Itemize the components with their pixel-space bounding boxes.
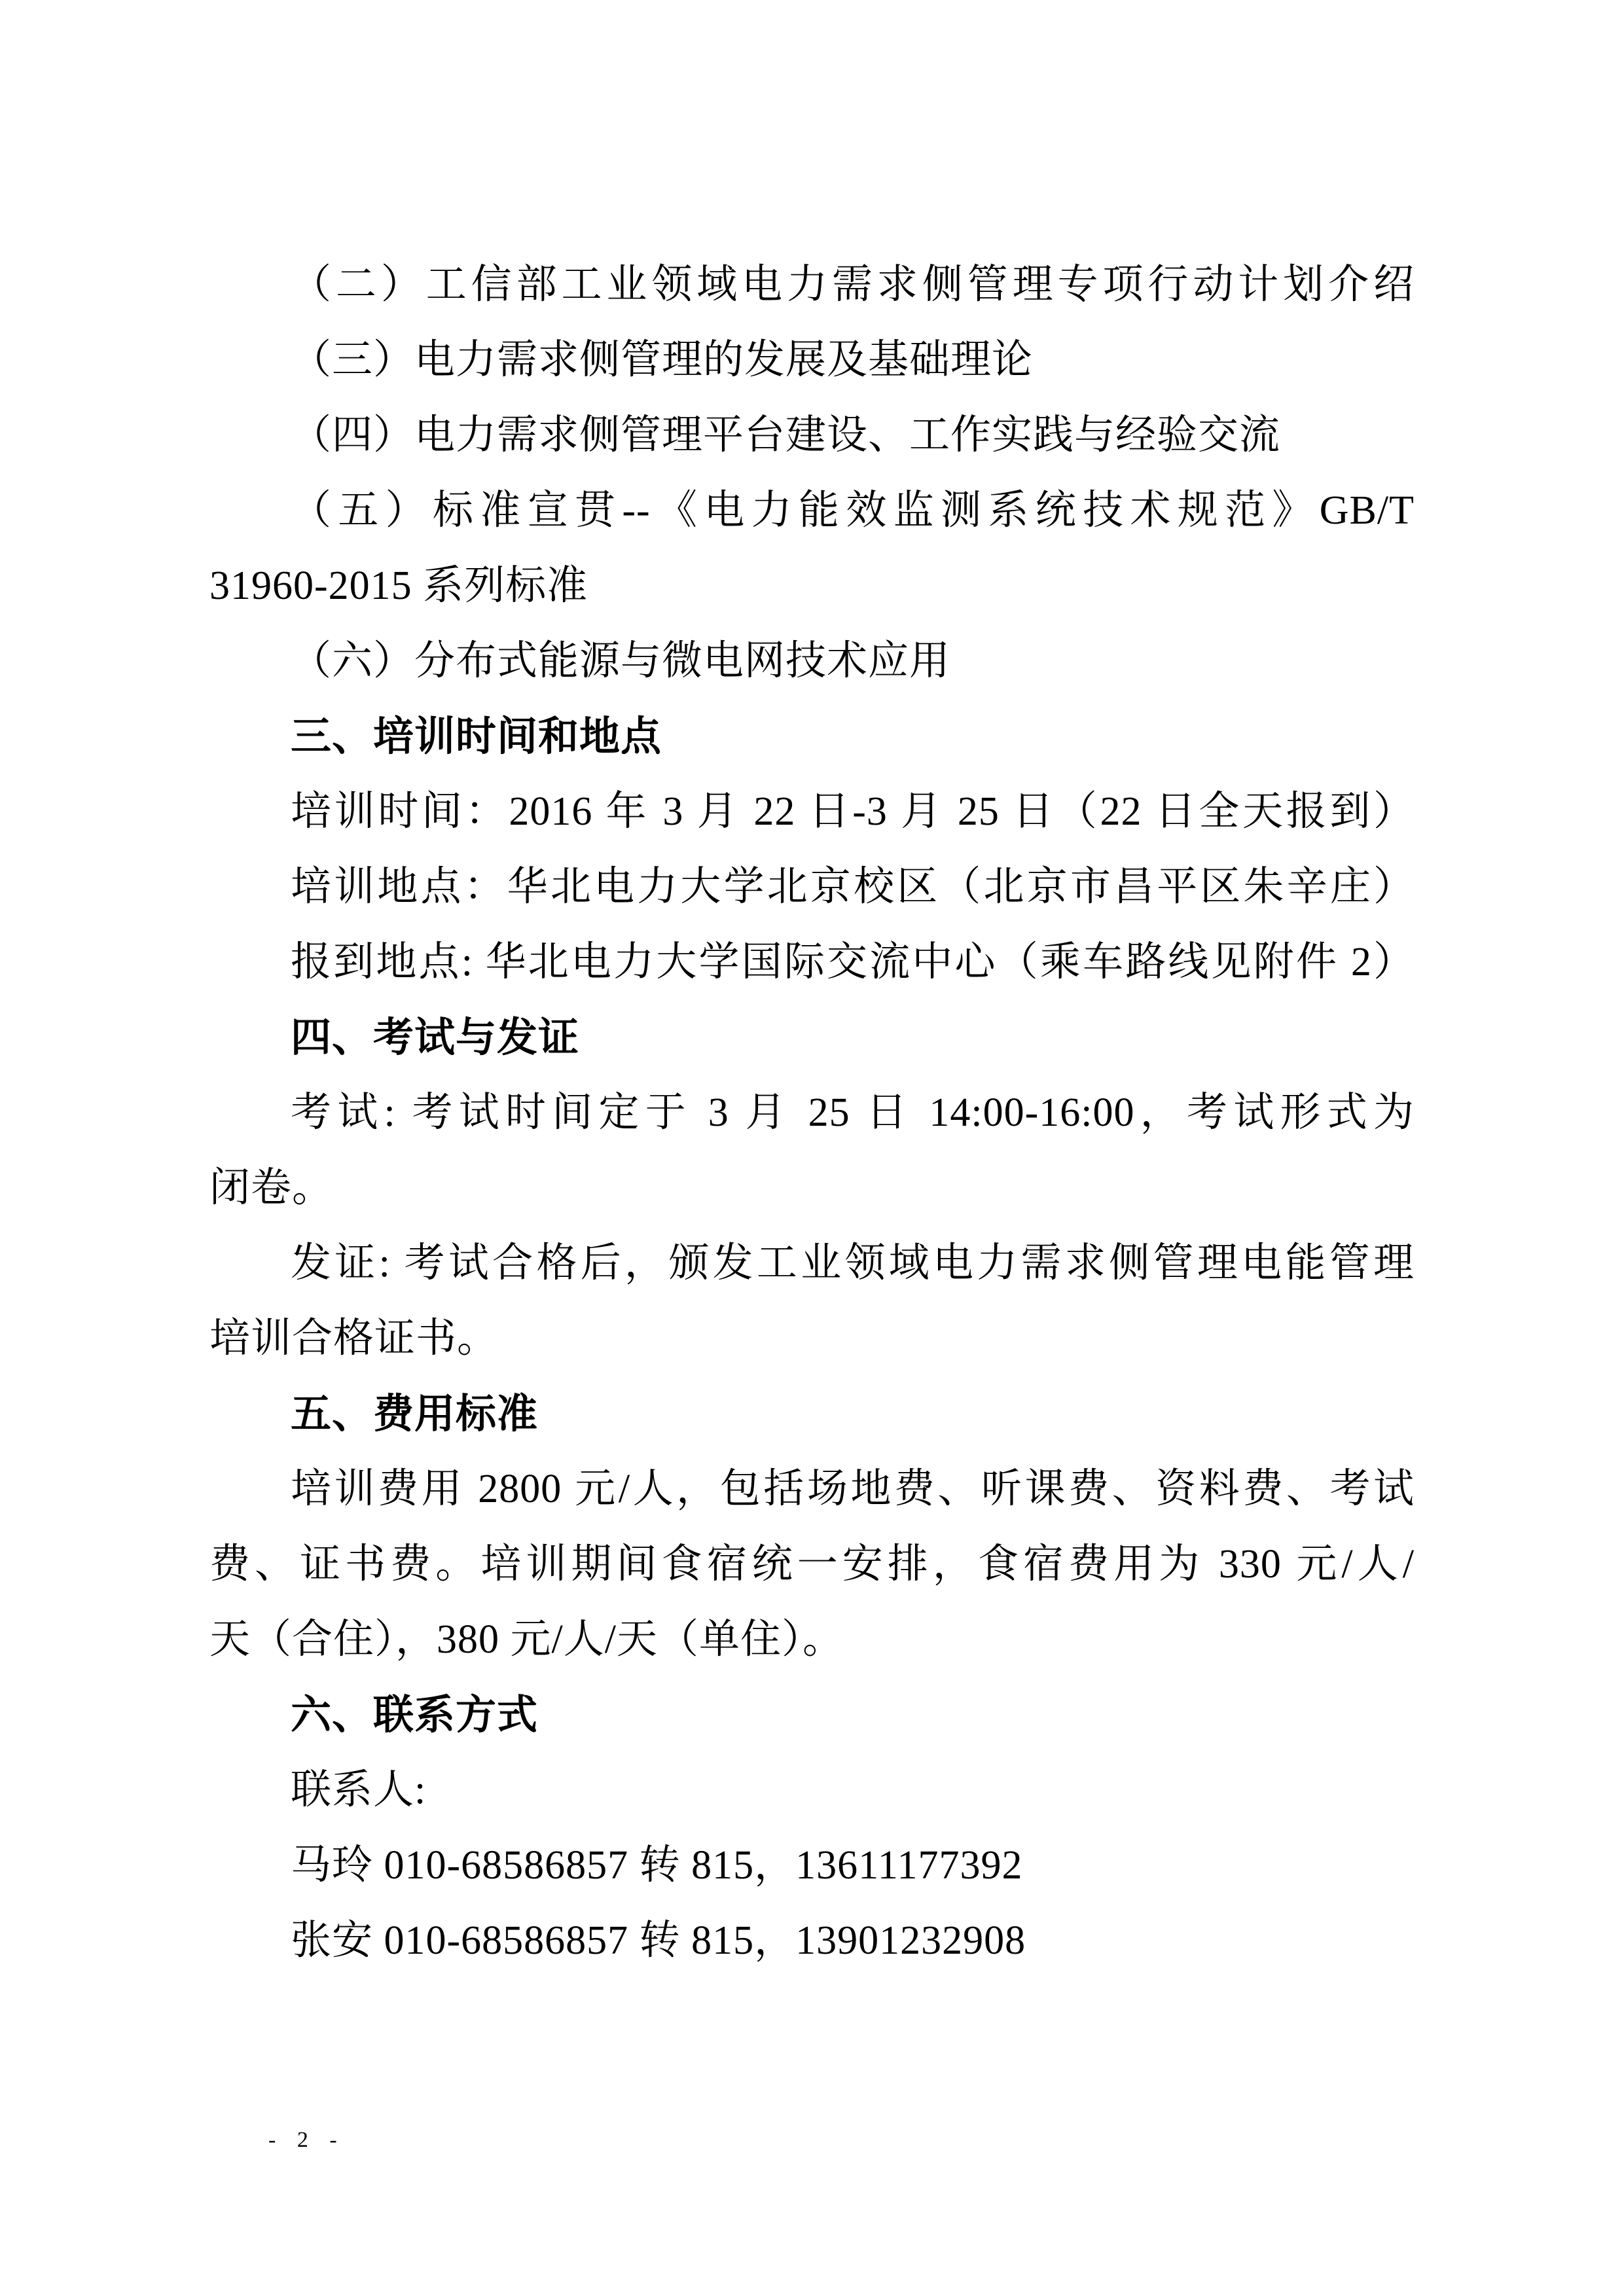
body-text-line: 培训地点：华北电力大学北京校区（北京市昌平区朱辛庄） (209, 850, 1415, 925)
body-text-line: 报到地点: 华北电力大学国际交流中心（乘车路线见附件 2） (209, 925, 1415, 1000)
section-heading: 六、联系方式 (209, 1677, 1415, 1753)
section-heading: 五、费用标准 (209, 1376, 1415, 1452)
body-text-line: 发证: 考试合格后，颁发工业领域电力需求侧管理电能管理 (209, 1226, 1415, 1301)
body-text-line: 考试: 考试时间定于 3 月 25 日 14:00-16:00，考试形式为 (209, 1075, 1415, 1151)
body-text-line: 马玲 010-68586857 转 815，13611177392 (209, 1828, 1415, 1903)
body-text-line: 31960-2015 系列标准 (209, 548, 1415, 624)
body-text-line: 费、证书费。培训期间食宿统一安排，食宿费用为 330 元/人/ (209, 1527, 1415, 1602)
body-text-line: 张安 010-68586857 转 815，13901232908 (209, 1903, 1415, 1979)
page-number: - 2 - (268, 2126, 345, 2155)
document-body: （二）工信部工业领域电力需求侧管理专项行动计划介绍（三）电力需求侧管理的发展及基… (209, 247, 1415, 1979)
body-text-line: 培训合格证书。 (209, 1301, 1415, 1376)
body-text-line: （三）电力需求侧管理的发展及基础理论 (209, 323, 1415, 398)
body-text-line: 闭卷。 (209, 1151, 1415, 1226)
body-text-line: 培训时间：2016 年 3 月 22 日-3 月 25 日（22 日全天报到） (209, 774, 1415, 850)
document-page: （二）工信部工业领域电力需求侧管理专项行动计划介绍（三）电力需求侧管理的发展及基… (0, 0, 1624, 2296)
body-text-line: （二）工信部工业领域电力需求侧管理专项行动计划介绍 (209, 247, 1415, 323)
section-heading: 四、考试与发证 (209, 1000, 1415, 1075)
body-text-line: （五）标准宣贯--《电力能效监测系统技术规范》GB/T (209, 473, 1415, 548)
body-text-line: 天（合住），380 元/人/天（单住）。 (209, 1602, 1415, 1677)
section-heading: 三、培训时间和地点 (209, 699, 1415, 774)
body-text-line: 培训费用 2800 元/人，包括场地费、听课费、资料费、考试 (209, 1452, 1415, 1527)
body-text-line: （六）分布式能源与微电网技术应用 (209, 624, 1415, 699)
body-text-line: 联系人: (209, 1753, 1415, 1828)
body-text-line: （四）电力需求侧管理平台建设、工作实践与经验交流 (209, 398, 1415, 473)
